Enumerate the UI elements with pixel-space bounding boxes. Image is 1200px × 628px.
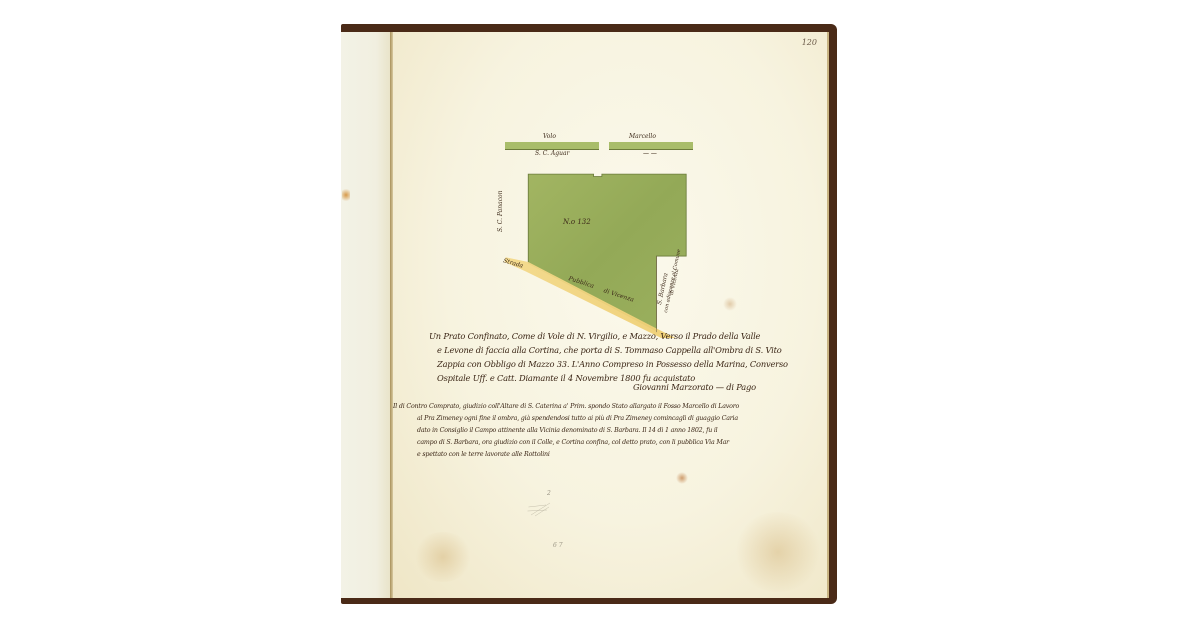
- open-book: 120 Volo Marcello S. C. Aguar — —: [341, 20, 837, 606]
- stain: [723, 297, 737, 311]
- top-strip-left-label: Volo: [543, 133, 556, 140]
- left-side-label: S. C. Panacon: [497, 190, 504, 232]
- pencil-mark-bottom: 6 7: [553, 542, 563, 549]
- stain: [342, 187, 350, 203]
- stain: [676, 472, 688, 484]
- note-line: campo di S. Barbara, ora giudizio con il…: [417, 438, 729, 448]
- field-number-label: N.o 132: [563, 218, 591, 226]
- left-page: [341, 32, 392, 598]
- signature-line: Giovanni Marzorato — di Pago: [633, 381, 756, 393]
- note-line: al Pra Zimeney ogni fine il ombra, già s…: [417, 414, 738, 424]
- note-line: e spettato con le terre lavorate alle Ro…: [417, 450, 550, 460]
- right-page: 120 Volo Marcello S. C. Aguar — —: [393, 32, 829, 598]
- top-strip-right-label: Marcello: [629, 133, 656, 140]
- stain: [733, 512, 823, 592]
- stain: [413, 532, 473, 582]
- field-map: Volo Marcello S. C. Aguar — —: [393, 32, 827, 598]
- main-text-line: Un Prato Confinato, Come di Vole di N. V…: [429, 330, 760, 342]
- pencil-mark-top: 2: [547, 490, 551, 497]
- note-line: Il di Contro Comprato, giudizio coll'Alt…: [393, 402, 739, 412]
- note-line: dato in Consiglio il Campo attinente all…: [417, 426, 718, 436]
- pencil-scribble: [511, 502, 571, 532]
- main-text-line: e Levone di faccia alla Cortina, che por…: [437, 344, 782, 356]
- field-parcel: [489, 148, 729, 338]
- main-text-line: Zappia con Obbligo di Mazzo 33. L'Anno C…: [437, 358, 788, 370]
